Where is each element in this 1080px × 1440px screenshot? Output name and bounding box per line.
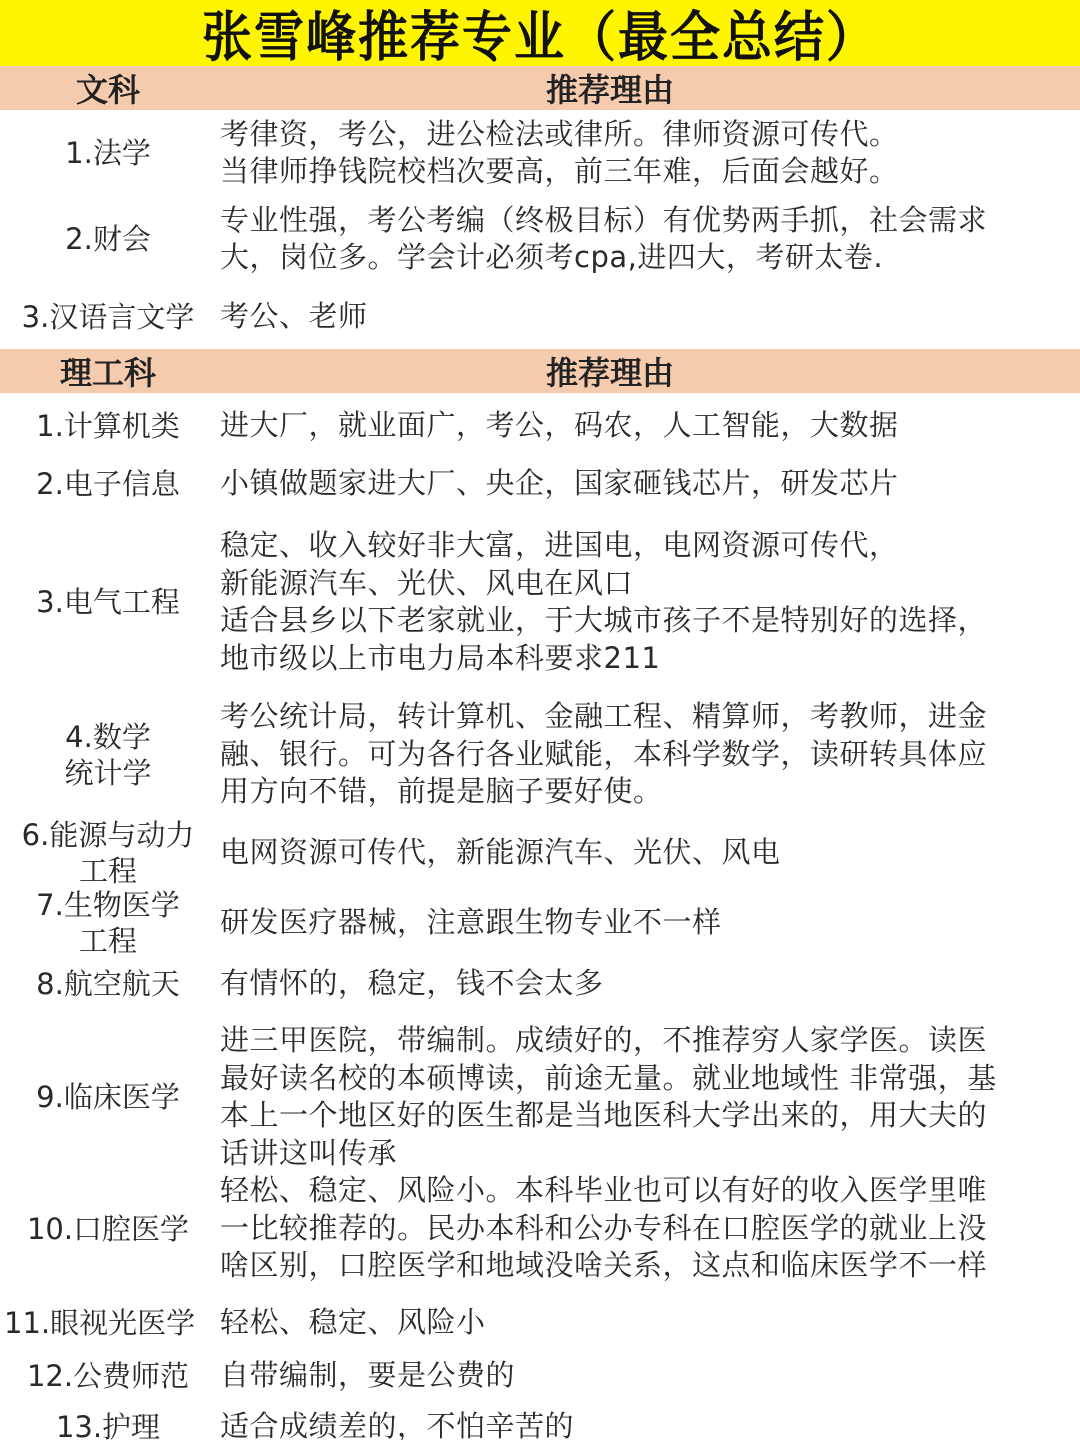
major-name: 1.法学 (0, 114, 216, 192)
reason-line: 新能源汽车、光伏、风电在风口 (220, 565, 1066, 603)
major-reason: 考公、老师 (220, 296, 1066, 338)
major-reason: 专业性强，考公考编（终极目标）有优势两手抓，社会需求 大，岗位多。学会计必须考c… (220, 200, 1066, 278)
reason-line: 专业性强，考公考编（终极目标）有优势两手抓，社会需求 (220, 202, 1066, 240)
major-reason: 轻松、稳定、风险小 (220, 1302, 1066, 1344)
reason-line: 话讲这叫传承 (220, 1135, 1066, 1173)
reason-line: 稳定、收入较好非大富，进国电，电网资源可传代， (220, 527, 1066, 565)
major-reason: 研发医疗器械，注意跟生物专业不一样 (220, 887, 1066, 959)
section-header-liberal-arts: 文科 推荐理由 (0, 66, 1080, 110)
reason-line: 用方向不错，前提是脑子要好使。 (220, 773, 1066, 811)
reason-line: 当律师挣钱院校档次要高，前三年难，后面会越好。 (220, 153, 1066, 191)
table-row-clinical-medicine: 9.临床医学 进三甲医院，带编制。成绩好的，不推荐穷人家学医。读医 最好读名校的… (0, 1022, 1080, 1172)
reason-line: 电网资源可传代，新能源汽车、光伏、风电 (220, 834, 1066, 872)
reason-line: 考公、老师 (220, 298, 1066, 336)
reason-line: 适合成绩差的，不怕辛苦的 (220, 1408, 1066, 1440)
table-row-aerospace: 8.航空航天 有情怀的，稳定，钱不会太多 (0, 963, 1080, 1005)
reason-line: 地市级以上市电力局本科要求211 (220, 640, 1066, 678)
major-name: 8.航空航天 (0, 963, 216, 1005)
major-name: 3.电气工程 (0, 527, 216, 677)
table-row-biomedical-engineering: 7.生物医学 工程 研发医疗器械，注意跟生物专业不一样 (0, 887, 1080, 959)
table-row-electronic-information: 2.电子信息 小镇做题家进大厂、央企，国家砸钱芯片，研发芯片 (0, 463, 1080, 505)
reason-line: 适合县乡以下老家就业，于大城市孩子不是特别好的选择， (220, 602, 1066, 640)
major-reason: 适合成绩差的，不怕辛苦的 (220, 1406, 1066, 1440)
reason-line: 一比较推荐的。民办本科和公办专科在口腔医学的就业上没 (220, 1210, 1066, 1248)
major-name: 2.财会 (0, 200, 216, 278)
document-page: 张雪峰推荐专业（最全总结） 文科 推荐理由 1.法学 考律资，考公，进公检法或律… (0, 0, 1080, 1440)
major-reason: 小镇做题家进大厂、央企，国家砸钱芯片，研发芯片 (220, 463, 1066, 505)
major-name: 10.口腔医学 (0, 1172, 216, 1285)
category-label: 理工科 (0, 349, 216, 393)
category-label: 文科 (0, 66, 216, 110)
reason-line: 轻松、稳定、风险小 (220, 1304, 1066, 1342)
table-row-chinese-literature: 3.汉语言文学 考公、老师 (0, 296, 1080, 338)
major-name: 3.汉语言文学 (0, 296, 216, 338)
major-reason: 自带编制，要是公费的 (220, 1355, 1066, 1397)
table-row-stomatology: 10.口腔医学 轻松、稳定、风险小。本科毕业也可以有好的收入医学里唯 一比较推荐… (0, 1172, 1080, 1285)
table-row-public-funded-normal: 12.公费师范 自带编制，要是公费的 (0, 1355, 1080, 1397)
major-name: 12.公费师范 (0, 1355, 216, 1397)
section-header-science-engineering: 理工科 推荐理由 (0, 349, 1080, 393)
title-banner: 张雪峰推荐专业（最全总结） (0, 0, 1080, 66)
reason-line: 大，岗位多。学会计必须考cpa,进四大，考研太卷. (220, 239, 1066, 277)
major-reason: 考律资，考公，进公检法或律所。律师资源可传代。 当律师挣钱院校档次要高，前三年难… (220, 114, 1066, 192)
major-reason: 考公统计局，转计算机、金融工程、精算师，考教师，进金 融、银行。可为各行各业赋能… (220, 698, 1066, 811)
table-row-optometry: 11.眼视光医学 轻松、稳定、风险小 (0, 1302, 1080, 1344)
major-reason: 进大厂，就业面广，考公，码农，人工智能，大数据 (220, 405, 1066, 447)
table-row-nursing: 13.护理 适合成绩差的，不怕辛苦的 (0, 1406, 1080, 1440)
major-name: 7.生物医学 工程 (0, 887, 216, 959)
reason-line: 最好读名校的本硕博读，前途无量。就业地域性 非常强，基 (220, 1060, 1066, 1098)
table-row-computer-science: 1.计算机类 进大厂，就业面广，考公，码农，人工智能，大数据 (0, 405, 1080, 447)
reason-line: 轻松、稳定、风险小。本科毕业也可以有好的收入医学里唯 (220, 1172, 1066, 1210)
major-name: 4.数学 统计学 (0, 698, 216, 811)
table-row-mathematics-statistics: 4.数学 统计学 考公统计局，转计算机、金融工程、精算师，考教师，进金 融、银行… (0, 698, 1080, 811)
reason-line: 本上一个地区好的医生都是当地医科大学出来的，用大夫的 (220, 1097, 1066, 1135)
table-row-electrical-engineering: 3.电气工程 稳定、收入较好非大富，进国电，电网资源可传代， 新能源汽车、光伏、… (0, 527, 1080, 677)
major-name: 6.能源与动力 工程 (0, 817, 216, 889)
major-name: 2.电子信息 (0, 463, 216, 505)
major-name: 1.计算机类 (0, 405, 216, 447)
page-title: 张雪峰推荐专业（最全总结） (202, 0, 878, 72)
reason-line: 考律资，考公，进公检法或律所。律师资源可传代。 (220, 116, 1066, 154)
major-reason: 进三甲医院，带编制。成绩好的，不推荐穷人家学医。读医 最好读名校的本硕博读，前途… (220, 1022, 1066, 1172)
table-row-accounting: 2.财会 专业性强，考公考编（终极目标）有优势两手抓，社会需求 大，岗位多。学会… (0, 200, 1080, 278)
reason-line: 自带编制，要是公费的 (220, 1357, 1066, 1395)
reason-line: 研发医疗器械，注意跟生物专业不一样 (220, 904, 1066, 942)
reason-column-header: 推荐理由 (220, 349, 1080, 393)
reason-line: 啥区别，口腔医学和地域没啥关系，这点和临床医学不一样 (220, 1247, 1066, 1285)
major-reason: 有情怀的，稳定，钱不会太多 (220, 963, 1066, 1005)
reason-line: 有情怀的，稳定，钱不会太多 (220, 965, 1066, 1003)
table-row-law: 1.法学 考律资，考公，进公检法或律所。律师资源可传代。 当律师挣钱院校档次要高… (0, 114, 1080, 192)
reason-line: 进三甲医院，带编制。成绩好的，不推荐穷人家学医。读医 (220, 1022, 1066, 1060)
reason-line: 小镇做题家进大厂、央企，国家砸钱芯片，研发芯片 (220, 465, 1066, 503)
reason-line: 融、银行。可为各行各业赋能，本科学数学，读研转具体应 (220, 736, 1066, 774)
major-name: 11.眼视光医学 (0, 1302, 220, 1344)
major-reason: 轻松、稳定、风险小。本科毕业也可以有好的收入医学里唯 一比较推荐的。民办本科和公… (220, 1172, 1066, 1285)
reason-line: 进大厂，就业面广，考公，码农，人工智能，大数据 (220, 407, 1066, 445)
table-row-energy-power-engineering: 6.能源与动力 工程 电网资源可传代，新能源汽车、光伏、风电 (0, 817, 1080, 889)
major-name: 9.临床医学 (0, 1022, 216, 1172)
major-name: 13.护理 (0, 1406, 216, 1440)
major-reason: 电网资源可传代，新能源汽车、光伏、风电 (220, 817, 1066, 889)
reason-line: 考公统计局，转计算机、金融工程、精算师，考教师，进金 (220, 698, 1066, 736)
reason-column-header: 推荐理由 (220, 66, 1080, 110)
major-reason: 稳定、收入较好非大富，进国电，电网资源可传代， 新能源汽车、光伏、风电在风口 适… (220, 527, 1066, 677)
